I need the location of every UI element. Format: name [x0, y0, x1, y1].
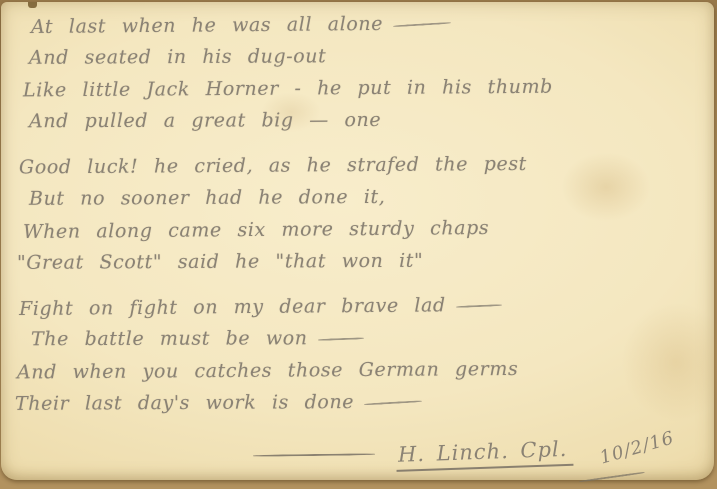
poem-line: At last when he was all alone	[31, 5, 714, 43]
signature-name: H. Linch. Cpl.	[396, 437, 574, 472]
poem-line: The battle must be won	[31, 321, 714, 355]
poem-line-text: Like little Jack Horner - he put in his …	[23, 76, 553, 102]
poem-line-text: But no sooner had he done it,	[29, 186, 386, 210]
poem-line-text: And pulled a great big — one	[29, 109, 381, 132]
poem-line: Fight on fight on my dear brave lad	[19, 287, 714, 325]
poem-line: And seated in his dug-out	[29, 38, 714, 74]
poem-line-text: And seated in his dug-out	[29, 45, 326, 69]
end-flourish-underline	[253, 453, 375, 457]
poem-stanza: Fight on fight on my dear brave lad The …	[1, 290, 714, 418]
poem-line-text: The battle must be won	[31, 327, 308, 350]
poem-line: And when you catches those German germs	[17, 352, 714, 389]
pen-flourish	[393, 22, 451, 28]
poem-line-text: Their last day's work is done	[15, 391, 354, 415]
poem-stanza: At last when he was all alone And seated…	[1, 8, 714, 136]
signature-block: H. Linch. Cpl. 10/2/16	[396, 433, 677, 472]
poem-line: But no sooner had he done it,	[29, 179, 714, 215]
poem-line: And pulled a great big — one	[29, 103, 714, 137]
poem-stanza: Good luck! he cried, as he strafed the p…	[1, 149, 714, 277]
poem-line-text: "Great Scott" said he "that won it"	[17, 250, 423, 274]
poem-line: Like little Jack Horner - he put in his …	[23, 70, 714, 107]
poem-line-text: When along came six more sturdy chaps	[23, 217, 489, 243]
poem-line-text: Good luck! he cried, as he strafed the p…	[19, 153, 527, 179]
poem-line: Their last day's work is done	[15, 384, 714, 420]
pen-flourish	[456, 304, 502, 308]
stray-pencil-stroke	[579, 471, 645, 482]
signature-date: 10/2/16	[598, 427, 677, 468]
pen-flourish	[318, 337, 364, 341]
photo-of-album-page: At last when he was all alone And seated…	[0, 0, 717, 489]
poem-text: At last when he was all alone And seated…	[1, 8, 714, 431]
poem-line-text: Fight on fight on my dear brave lad	[19, 294, 446, 320]
poem-line: "Great Scott" said he "that won it"	[17, 243, 714, 279]
poem-line-text: And when you catches those German germs	[17, 358, 518, 383]
pen-flourish	[364, 400, 422, 405]
poem-line: Good luck! he cried, as he strafed the p…	[19, 147, 714, 184]
poem-line-text: At last when he was all alone	[31, 13, 383, 38]
poem-line: When along came six more sturdy chaps	[23, 210, 714, 248]
album-page: At last when he was all alone And seated…	[1, 2, 714, 480]
